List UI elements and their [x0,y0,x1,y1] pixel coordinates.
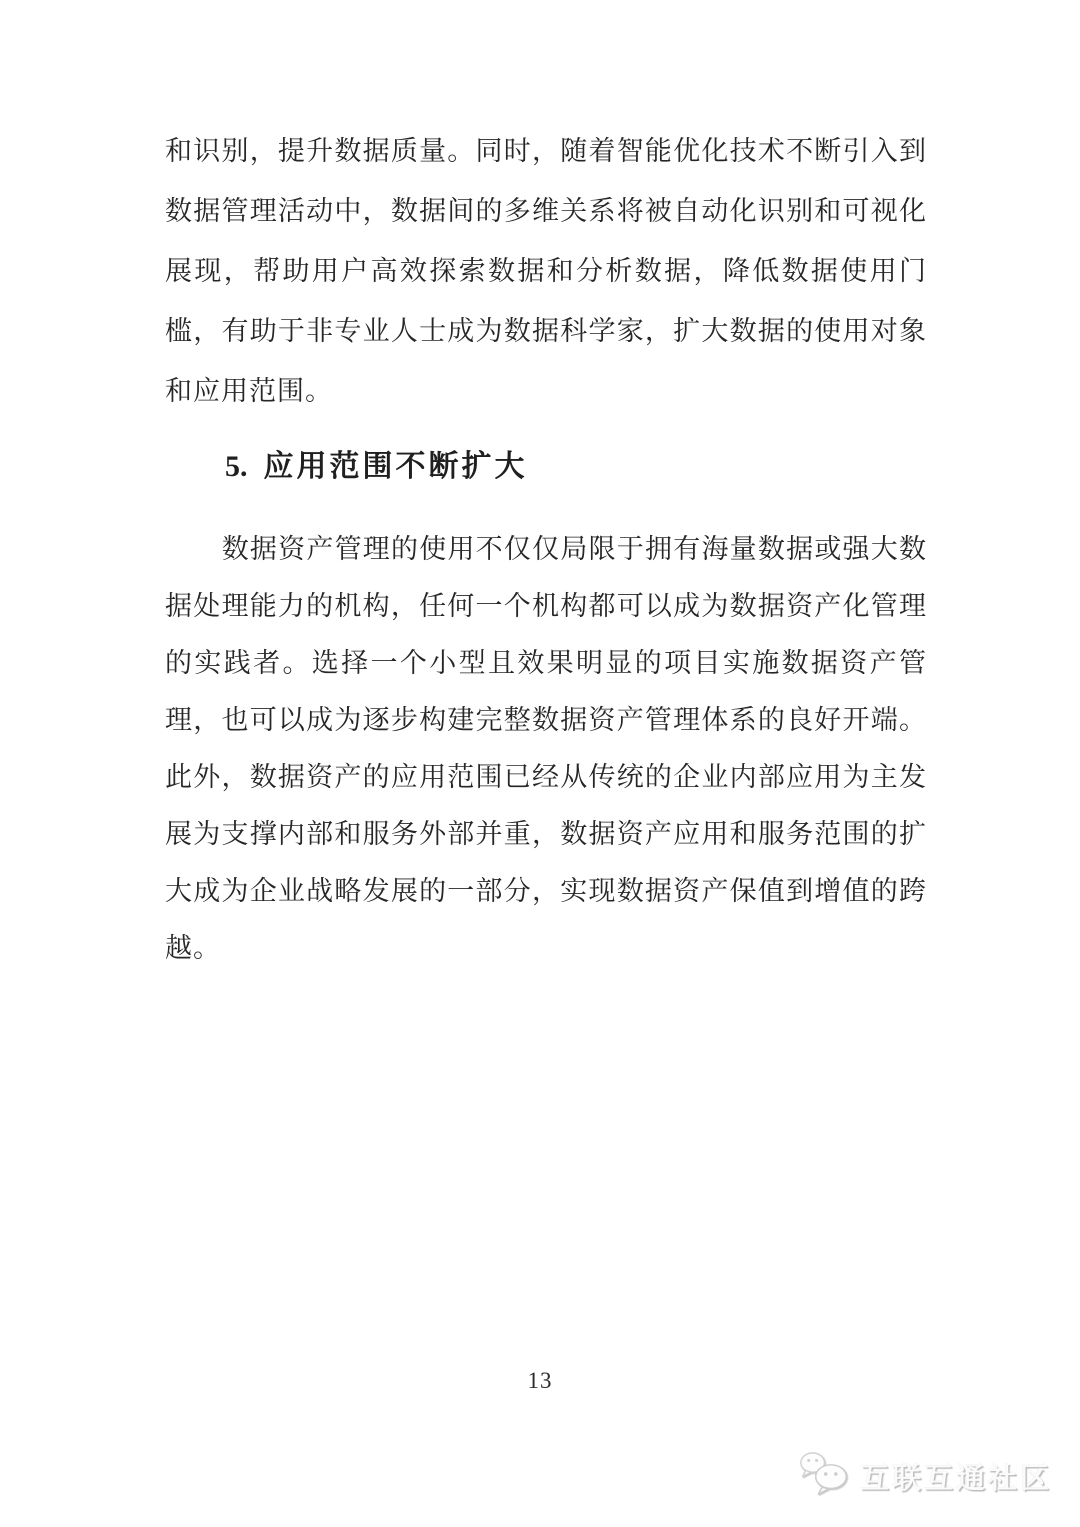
section-title: 应用范围不断扩大 [264,450,528,483]
page-content: 和识别，提升数据质量。同时，随着智能优化技术不断引入到数据管理活动中，数据间的多… [165,121,927,977]
watermark: 互联互通社区 [796,1448,1052,1505]
section-heading: 5.应用范围不断扩大 [165,443,927,491]
paragraph-continuation: 和识别，提升数据质量。同时，随着智能优化技术不断引入到数据管理活动中，数据间的多… [165,121,927,421]
section-number: 5. [225,450,264,483]
wechat-chat-bubbles-icon [796,1448,852,1505]
paragraph-body: 数据资产管理的使用不仅仅局限于拥有海量数据或强大数据处理能力的机构，任何一个机构… [165,521,927,977]
page-number: 13 [0,1368,1080,1394]
document-page: 和识别，提升数据质量。同时，随着智能优化技术不断引入到数据管理活动中，数据间的多… [0,0,1080,1527]
watermark-label: 互联互通社区 [860,1456,1052,1497]
